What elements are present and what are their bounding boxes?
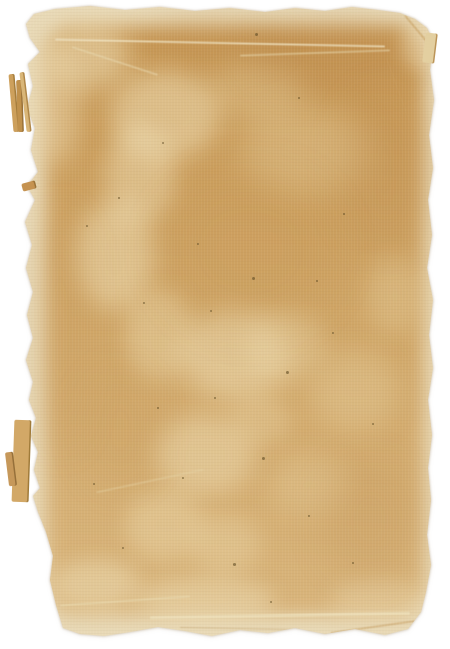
scan-background (0, 0, 450, 649)
torn-fiber (12, 420, 32, 503)
torn-fiber (21, 180, 37, 191)
torn-edge-fibers (0, 0, 450, 649)
torn-fiber (422, 32, 438, 63)
